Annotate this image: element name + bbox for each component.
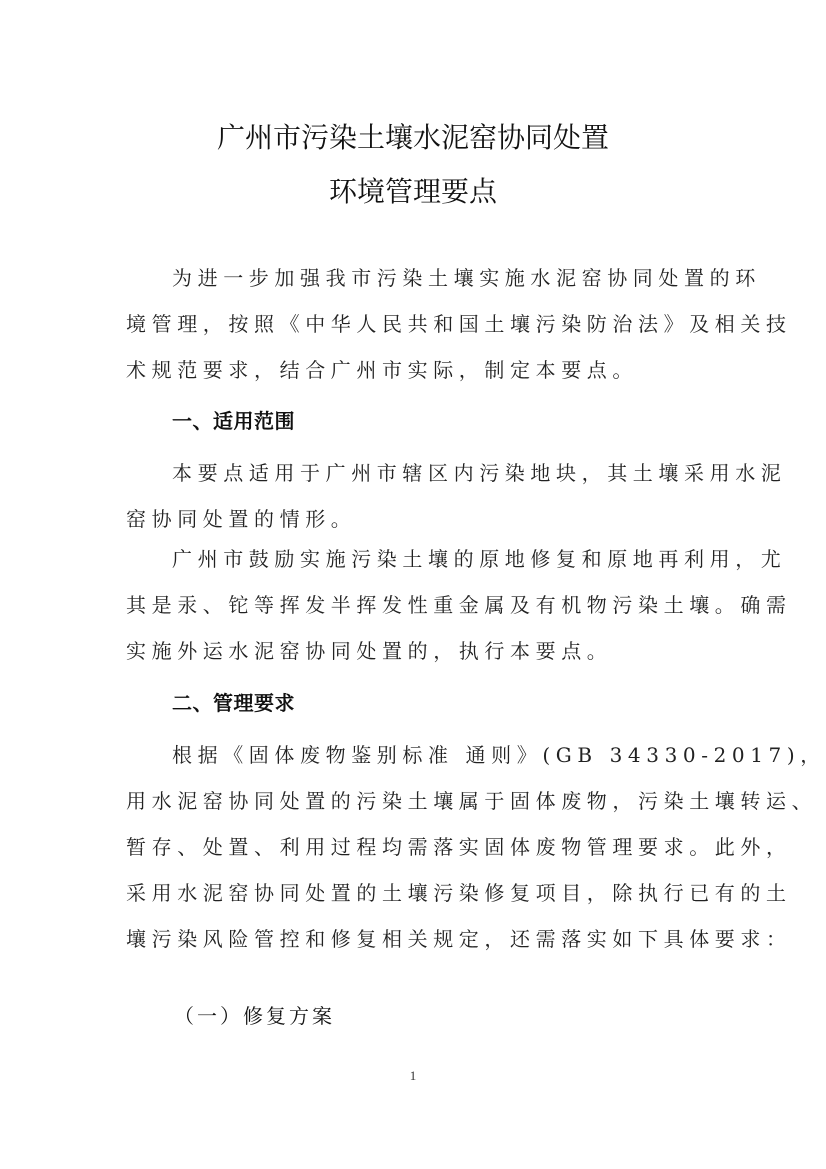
text-line: 境管理，按照《中华人民共和国土壤污染防治法》及相关技 xyxy=(126,308,792,337)
text-line: 实施外运水泥窑协同处置的，执行本要点。 xyxy=(126,635,612,664)
text-line: 采用水泥窑协同处置的土壤污染修复项目，除执行已有的土 xyxy=(126,877,792,906)
text-line: 用水泥窑协同处置的污染土壤属于固体废物，污染土壤转运、 xyxy=(126,785,817,814)
text-line: 广州市鼓励实施污染土壤的原地修复和原地再利用，尤 xyxy=(172,543,786,572)
text-line: 壤污染风险管控和修复相关规定，还需落实如下具体要求： xyxy=(126,923,792,952)
page-number: 1 xyxy=(0,1068,826,1084)
section-heading-scope: 一、适用范围 xyxy=(172,405,295,434)
document-title-line-1: 广州市污染土壤水泥窑协同处置 xyxy=(0,116,826,156)
section-heading-requirements: 二、管理要求 xyxy=(172,687,295,716)
text-line: 暂存、处置、利用过程均需落实固体废物管理要求。此外， xyxy=(126,831,792,860)
document-title-line-2: 环境管理要点 xyxy=(0,170,826,210)
text-line: 为进一步加强我市污染土壤实施水泥窑协同处置的环 xyxy=(172,262,761,291)
text-line: 根据《固体废物鉴别标准 通则》(GB 34330-2017)，采 xyxy=(172,739,826,768)
text-line: 术规范要求，结合广州市实际，制定本要点。 xyxy=(126,354,638,383)
text-line: 窑协同处置的情形。 xyxy=(126,503,356,532)
text-line: 其是汞、铊等挥发半挥发性重金属及有机物污染土壤。确需 xyxy=(126,589,792,618)
subsection-heading-remediation-plan: （一）修复方案 xyxy=(174,1000,335,1029)
text-line: 本要点适用于广州市辖区内污染地块，其土壤采用水泥 xyxy=(172,457,786,486)
